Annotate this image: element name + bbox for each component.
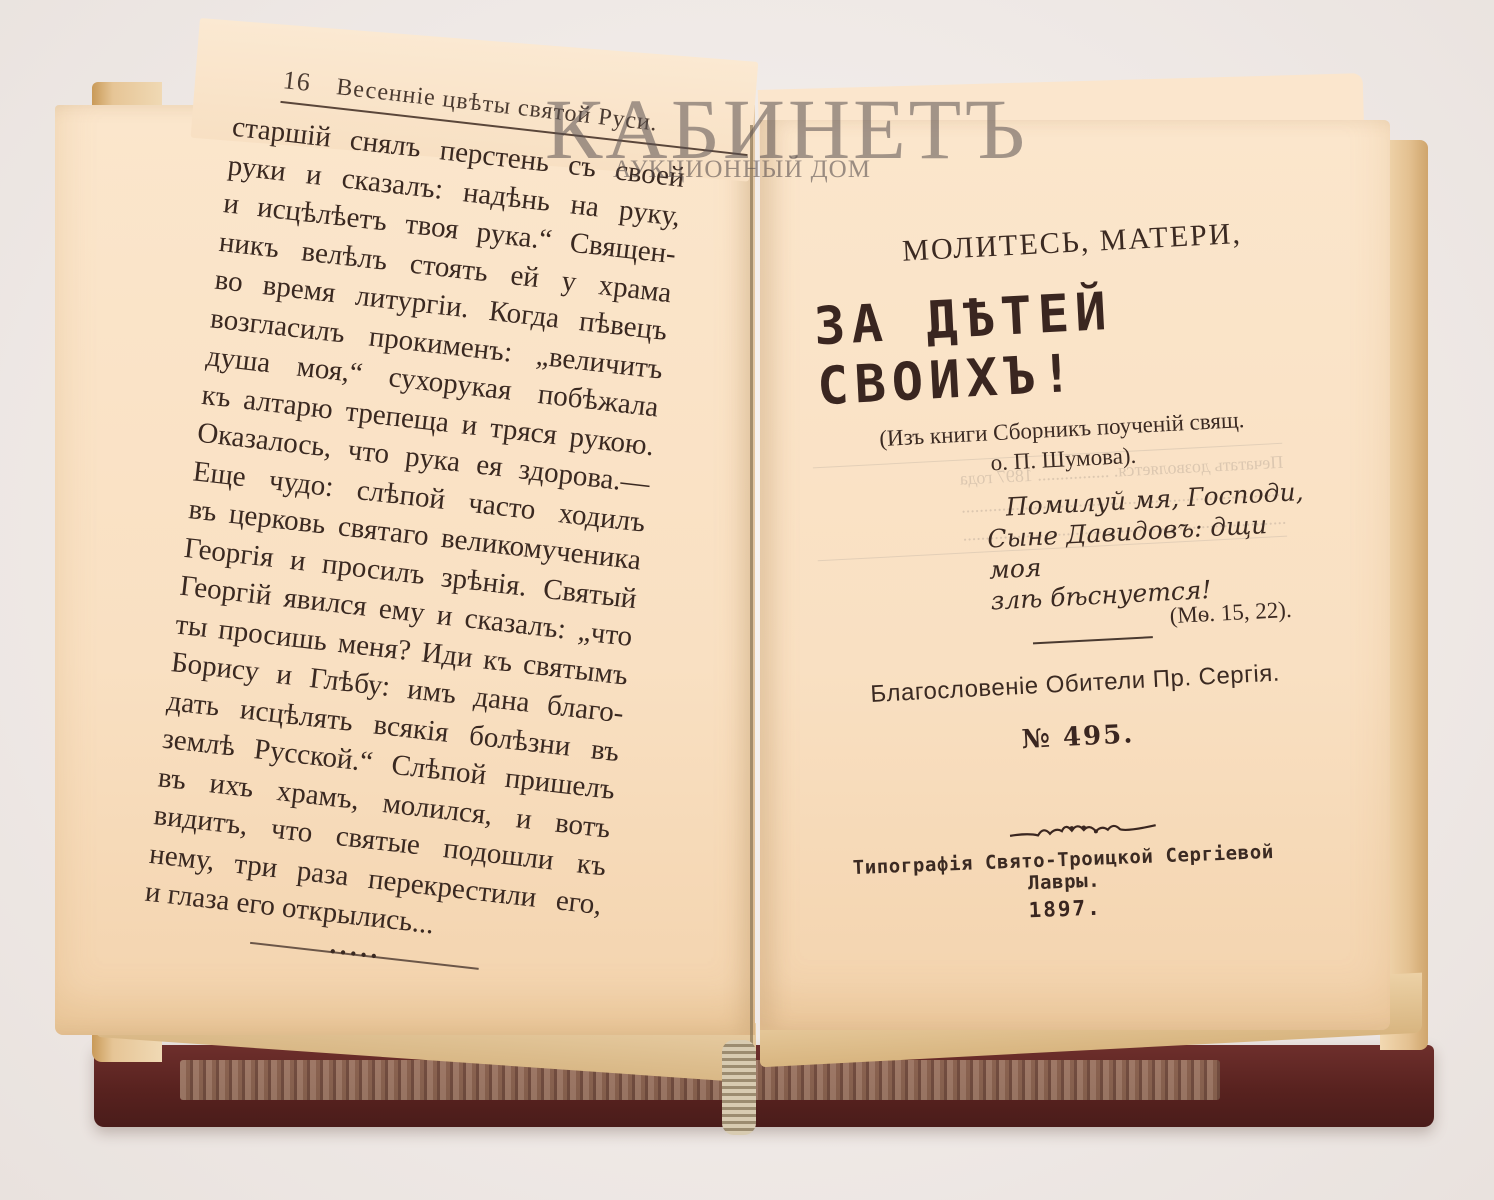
spine-headband (722, 1040, 756, 1135)
divider-rule (1033, 636, 1153, 644)
page-number: 16 (281, 65, 312, 98)
binding-thread (750, 125, 753, 1055)
title-line-2: ЗА ДѢТЕЙ СВОИХЪ! (813, 272, 1311, 418)
body-text: старшій снялъ перстень съ своей руки и с… (143, 108, 731, 968)
blessing-line: Благословеніе Обители Пр. Сергія. (825, 657, 1326, 711)
left-page-text: 16 Весенніе цвѣты святой Руси. старшій с… (141, 60, 737, 987)
epigraph: Помилуй мя, Господи, Сыне Давидовъ: дщи … (1005, 475, 1321, 615)
issue-number: № 495. (828, 709, 1329, 765)
title-line-1: МОЛИТЕСЬ, МАТЕРИ, (842, 214, 1303, 272)
source-citation: (Изъ книги Сборникъ поученій свящ. о. П.… (811, 402, 1313, 488)
title-page: МОЛИТЕСЬ, МАТЕРИ, ЗА ДѢТЕЙ СВОИХЪ! (Изъ … (800, 184, 1333, 853)
